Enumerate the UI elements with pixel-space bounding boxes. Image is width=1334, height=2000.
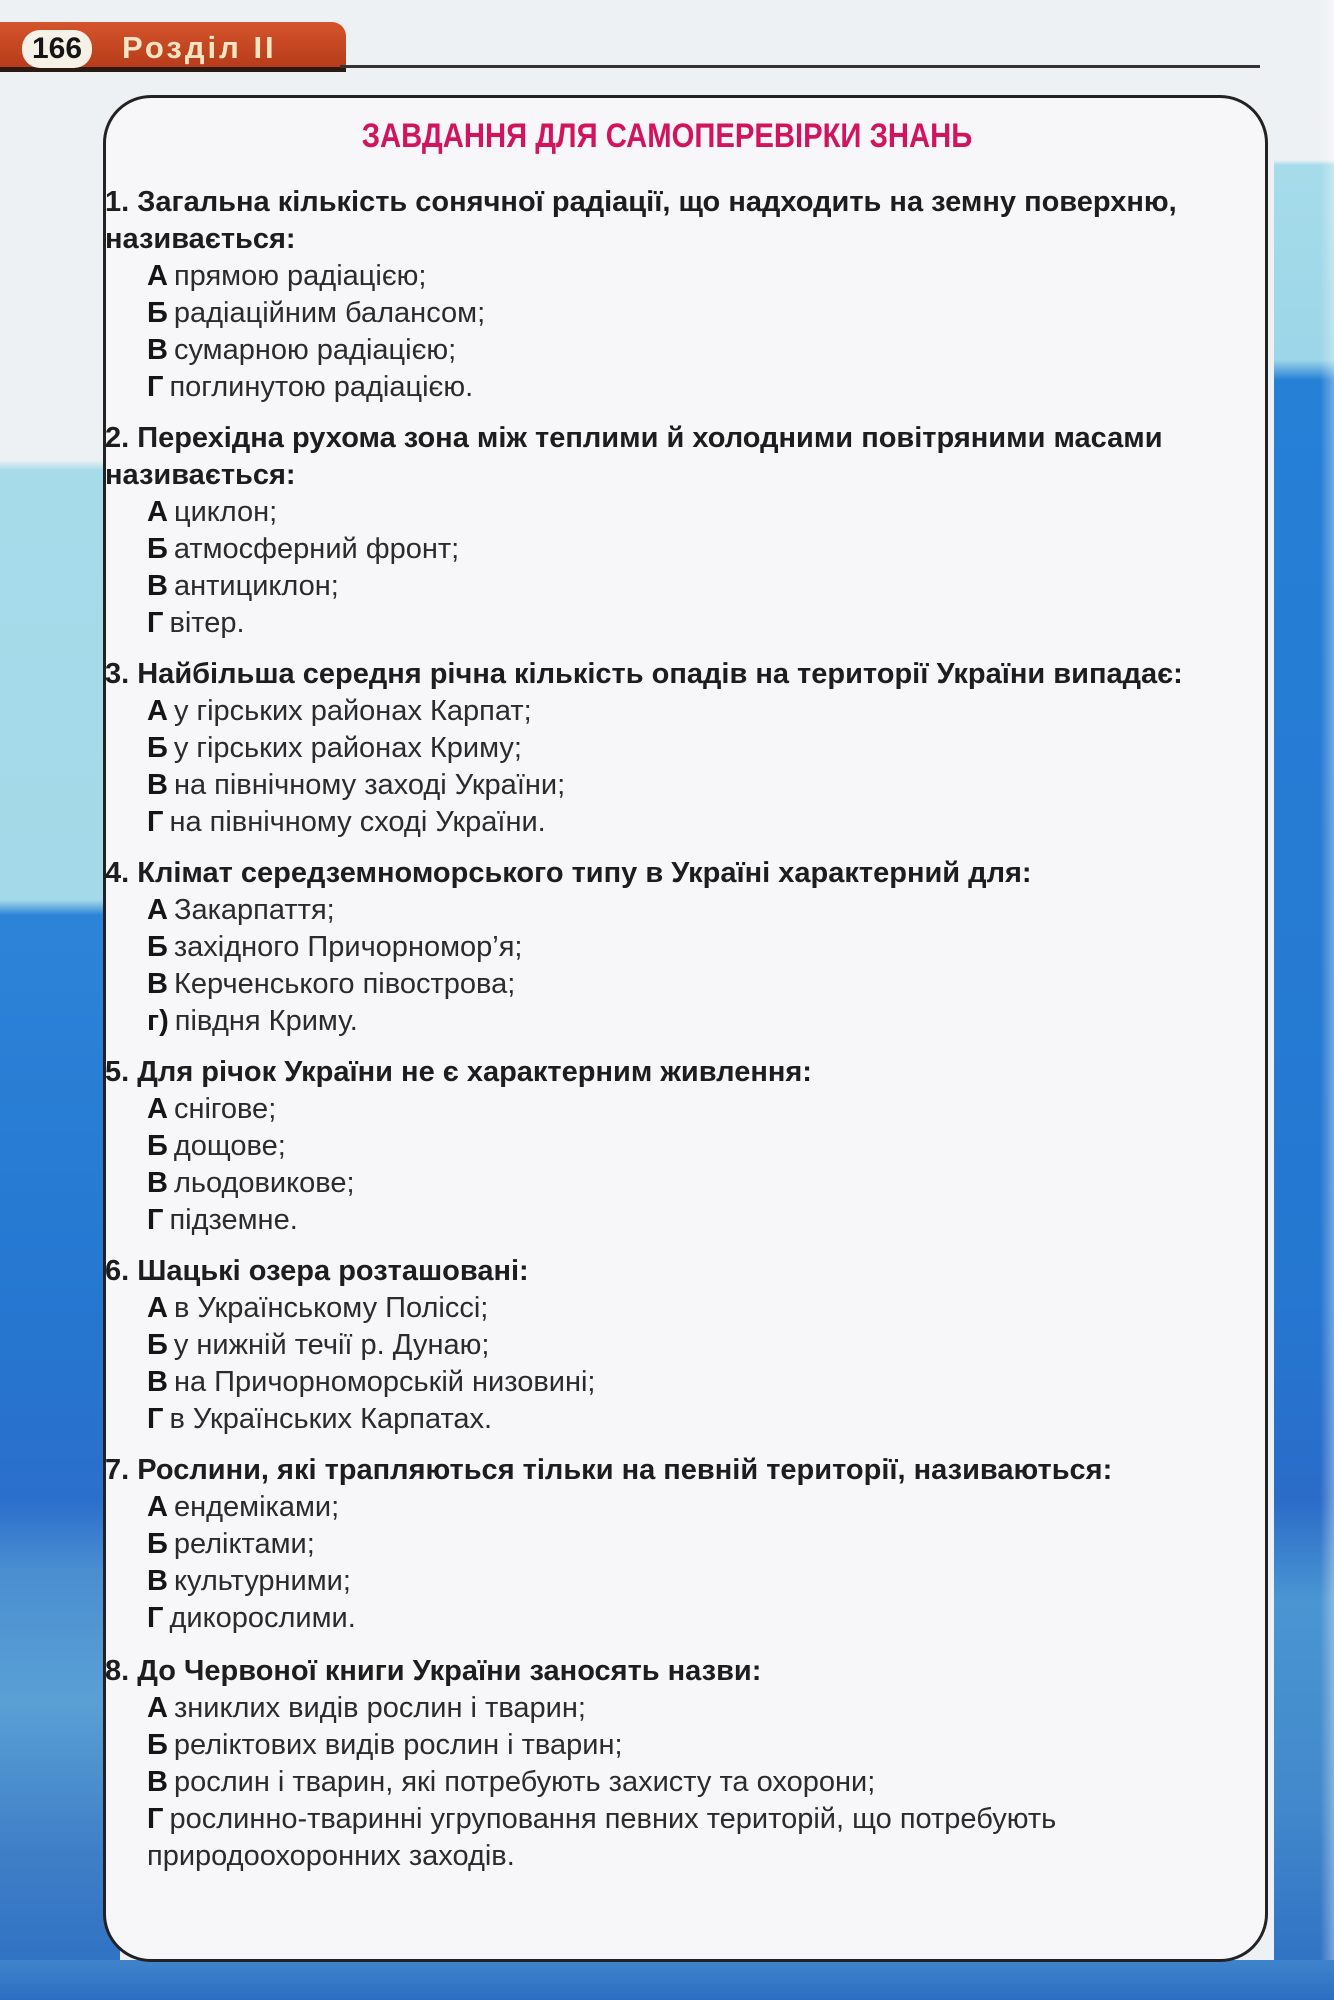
answer-option-g[interactable]: г)півдня Криму. [105,1003,1265,1040]
option-text: снігове; [174,1093,276,1125]
option-letter: В [147,334,168,366]
section-title: Розділ II [122,26,277,70]
question-3: 3. Найбільша середня річна кількість опа… [105,656,1265,841]
option-text: у гірських районах Карпат; [174,695,532,727]
option-letter: Г [147,607,163,639]
option-text: радіаційним балансом; [174,297,485,329]
answer-option-g[interactable]: Гвітер. [105,605,1265,642]
option-letter: А [147,695,168,727]
answer-option-a[interactable]: Аендеміками; [105,1489,1265,1526]
answer-option-a[interactable]: Ау гірських районах Карпат; [105,693,1265,730]
answer-option-b[interactable]: Брадіаційним балансом; [105,295,1265,332]
question-4: 4. Клімат середземноморського типу в Укр… [105,855,1265,1040]
option-text: ендеміками; [174,1491,339,1523]
option-letter: Б [147,1528,168,1560]
option-text: у гірських районах Криму; [174,732,522,764]
answer-option-g[interactable]: Гпідземне. [105,1202,1265,1239]
question-text: 5. Для річок України не є характерним жи… [105,1054,1265,1091]
question-list: 1. Загальна кількість сонячної радіації,… [105,180,1265,1889]
option-letter: А [147,1292,168,1324]
answer-option-v[interactable]: Вкультурними; [105,1563,1265,1600]
question-8: 8. До Червоної книги України заносять на… [105,1653,1265,1875]
option-text: на північному заході України; [174,769,565,801]
question-1: 1. Загальна кількість сонячної радіації,… [105,184,1265,406]
option-text: культурними; [174,1565,351,1597]
option-text: реліктами; [174,1528,315,1560]
option-text: Закарпаття; [174,894,335,926]
option-text: рослинно-тваринні угруповання певних тер… [147,1803,1056,1872]
answer-option-b[interactable]: Бреліктових видів рослин і тварин; [105,1727,1265,1764]
question-7: 7. Рослини, які трапляються тільки на пе… [105,1452,1265,1637]
option-letter: В [147,769,168,801]
answer-option-b[interactable]: Бдощове; [105,1128,1265,1165]
option-text: антициклон; [174,570,339,602]
option-text: дощове; [174,1130,286,1162]
option-text: поглинутою радіацією. [169,371,473,403]
option-letter: Б [147,297,168,329]
answer-option-v[interactable]: Вльодовикове; [105,1165,1265,1202]
option-letter: А [147,1491,168,1523]
answer-option-b[interactable]: Батмосферний фронт; [105,531,1265,568]
question-text: 8. До Червоної книги України заносять на… [105,1653,1265,1690]
answer-option-g[interactable]: Гна північному сході України. [105,804,1265,841]
answer-option-v[interactable]: Вна Причорноморській низовині; [105,1364,1265,1401]
question-6: 6. Шацькі озера розташовані: Ав Українсь… [105,1253,1265,1438]
option-text: на Причорноморській низовині; [174,1366,596,1398]
option-text: атмосферний фронт; [174,533,459,565]
option-letter: А [147,1093,168,1125]
option-letter: В [147,1766,168,1798]
question-text: 4. Клімат середземноморського типу в Укр… [105,855,1265,892]
option-text: в Українському Поліссі; [174,1292,488,1324]
option-text: реліктових видів рослин і тварин; [174,1729,623,1761]
question-text: 6. Шацькі озера розташовані: [105,1253,1265,1290]
option-letter: Б [147,931,168,963]
option-letter: В [147,968,168,1000]
option-letter: А [147,1692,168,1724]
option-text: вітер. [169,607,244,639]
option-letter: Б [147,1729,168,1761]
answer-option-b[interactable]: Бу гірських районах Криму; [105,730,1265,767]
question-text: 2. Перехідна рухома зона між теплими й х… [105,420,1265,494]
option-text: рослин і тварин, які потребують захисту … [174,1766,875,1798]
answer-option-a[interactable]: Азниклих видів рослин і тварин; [105,1690,1265,1727]
answer-option-a[interactable]: АЗакарпаття; [105,892,1265,929]
option-letter: В [147,1565,168,1597]
answer-option-b[interactable]: Бреліктами; [105,1526,1265,1563]
question-5: 5. Для річок України не є характерним жи… [105,1054,1265,1239]
header-divider [340,65,1260,68]
option-text: на північному сході України. [169,806,545,838]
option-letter: А [147,496,168,528]
option-letter: Г [147,1403,163,1435]
option-text: півдня Криму. [175,1005,358,1037]
option-letter: А [147,260,168,292]
option-text: західного Причорномор’я; [174,931,523,963]
option-text: Керченського півострова; [174,968,515,1000]
question-text: 3. Найбільша середня річна кількість опа… [105,656,1265,693]
page-edge-shadow [1320,0,1334,2000]
option-letter: Г [147,1803,163,1835]
option-text: зниклих видів рослин і тварин; [174,1692,586,1724]
question-text: 7. Рослини, які трапляються тільки на пе… [105,1452,1265,1489]
option-text: в Українських Карпатах. [169,1403,492,1435]
option-text: сумарною радіацією; [174,334,456,366]
answer-option-v[interactable]: ВКерченського півострова; [105,966,1265,1003]
answer-option-v[interactable]: Всумарною радіацією; [105,332,1265,369]
question-2: 2. Перехідна рухома зона між теплими й х… [105,420,1265,642]
option-letter: г) [147,1005,169,1037]
option-text: прямою радіацією; [174,260,427,292]
page-number: 166 [22,30,92,68]
option-letter: Б [147,732,168,764]
answer-option-g[interactable]: Гв Українських Карпатах. [105,1401,1265,1438]
answer-option-b[interactable]: Бу нижній течії р. Дунаю; [105,1327,1265,1364]
option-text: циклон; [174,496,277,528]
question-text: 1. Загальна кількість сонячної радіації,… [105,184,1265,258]
option-letter: Б [147,533,168,565]
option-text: дикорослими. [169,1602,355,1634]
background-paint-bottom [0,1960,1334,2000]
option-letter: В [147,1366,168,1398]
answer-option-a[interactable]: Аснігове; [105,1091,1265,1128]
option-text: підземне. [169,1204,297,1236]
option-letter: Г [147,806,163,838]
answer-option-v[interactable]: Вна північному заході України; [105,767,1265,804]
answer-option-g[interactable]: Гпоглинутою радіацією. [105,369,1265,406]
option-letter: А [147,894,168,926]
answer-option-b[interactable]: Бзахідного Причорномор’я; [105,929,1265,966]
answer-option-v[interactable]: Вантициклон; [105,568,1265,605]
option-text: у нижній течії р. Дунаю; [174,1329,490,1361]
option-letter: Б [147,1130,168,1162]
answer-option-a[interactable]: Ациклон; [105,494,1265,531]
answer-option-g[interactable]: Гдикорослими. [105,1600,1265,1637]
option-letter: В [147,1167,168,1199]
option-text: льодовикове; [174,1167,355,1199]
option-letter: Г [147,371,163,403]
option-letter: Б [147,1329,168,1361]
answer-option-a[interactable]: Ав Українському Поліссі; [105,1290,1265,1327]
option-letter: Г [147,1204,163,1236]
answer-option-a[interactable]: Апрямою радіацією; [105,258,1265,295]
answer-option-g[interactable]: Грослинно-тваринні угруповання певних те… [105,1801,1265,1875]
option-letter: Г [147,1602,163,1634]
card-title: ЗАВДАННЯ ДЛЯ САМОПЕРЕВІРКИ ЗНАНЬ [93,114,1240,158]
answer-option-v[interactable]: Врослин і тварин, які потребують захисту… [105,1764,1265,1801]
background-paint-left [0,0,120,2000]
option-letter: В [147,570,168,602]
